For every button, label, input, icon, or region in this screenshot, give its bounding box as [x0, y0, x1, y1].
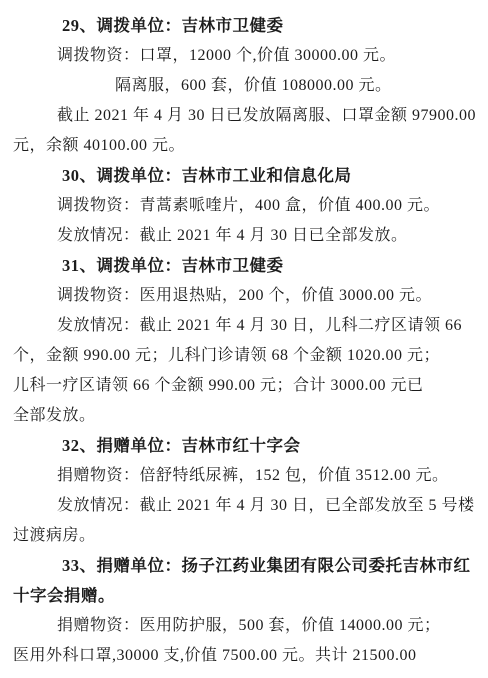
section-30-heading: 30、调拨单位：吉林市工业和信息化局	[13, 161, 478, 191]
doc-line: 调拨物资：医用退热贴，200 个，价值 3000.00 元。	[13, 281, 478, 311]
doc-line: 过渡病房。	[13, 521, 478, 551]
doc-line: 捐赠物资：医用防护服，500 套，价值 14000.00 元；	[13, 611, 478, 641]
doc-line: 儿科一疗区请领 66 个金额 990.00 元；合计 3000.00 元已	[13, 371, 478, 401]
section-31-heading: 31、调拨单位：吉林市卫健委	[13, 251, 478, 281]
section-32: 32、捐赠单位：吉林市红十字会 捐赠物资：倍舒特纸尿裤，152 包，价值 351…	[13, 431, 478, 551]
section-33-heading-continuation: 十字会捐赠。	[13, 581, 478, 611]
section-32-heading: 32、捐赠单位：吉林市红十字会	[13, 431, 478, 461]
doc-line: 发放情况：截止 2021 年 4 月 30 日已全部发放。	[13, 221, 478, 251]
doc-line: 医用外科口罩,30000 支,价值 7500.00 元。共计 21500.00	[13, 641, 478, 671]
doc-line: 元，余额 40100.00 元。	[13, 131, 478, 161]
doc-line: 隔离服，600 套，价值 108000.00 元。	[13, 71, 478, 101]
document-page: 29、调拨单位：吉林市卫健委 调拨物资：口罩，12000 个,价值 30000.…	[0, 0, 488, 678]
doc-line: 截止 2021 年 4 月 30 日已发放隔离服、口罩金额 97900.00	[13, 101, 478, 131]
doc-line: 发放情况：截止 2021 年 4 月 30 日，儿科二疗区请领 66	[13, 311, 478, 341]
doc-line: 发放情况：截止 2021 年 4 月 30 日，已全部发放至 5 号楼	[13, 491, 478, 521]
doc-line: 捐赠物资：倍舒特纸尿裤，152 包，价值 3512.00 元。	[13, 461, 478, 491]
doc-line: 调拨物资：口罩，12000 个,价值 30000.00 元。	[13, 41, 478, 71]
doc-line: 全部发放。	[13, 401, 478, 431]
section-33-heading: 33、捐赠单位：扬子江药业集团有限公司委托吉林市红	[13, 551, 478, 581]
doc-line: 个，金额 990.00 元；儿科门诊请领 68 个金额 1020.00 元；	[13, 341, 478, 371]
section-29-heading: 29、调拨单位：吉林市卫健委	[13, 11, 478, 41]
section-29: 29、调拨单位：吉林市卫健委 调拨物资：口罩，12000 个,价值 30000.…	[13, 11, 478, 161]
section-30: 30、调拨单位：吉林市工业和信息化局 调拨物资：青蒿素哌喹片，400 盒，价值 …	[13, 161, 478, 251]
doc-line: 调拨物资：青蒿素哌喹片，400 盒，价值 400.00 元。	[13, 191, 478, 221]
section-31: 31、调拨单位：吉林市卫健委 调拨物资：医用退热贴，200 个，价值 3000.…	[13, 251, 478, 431]
section-33: 33、捐赠单位：扬子江药业集团有限公司委托吉林市红 十字会捐赠。 捐赠物资：医用…	[13, 551, 478, 671]
